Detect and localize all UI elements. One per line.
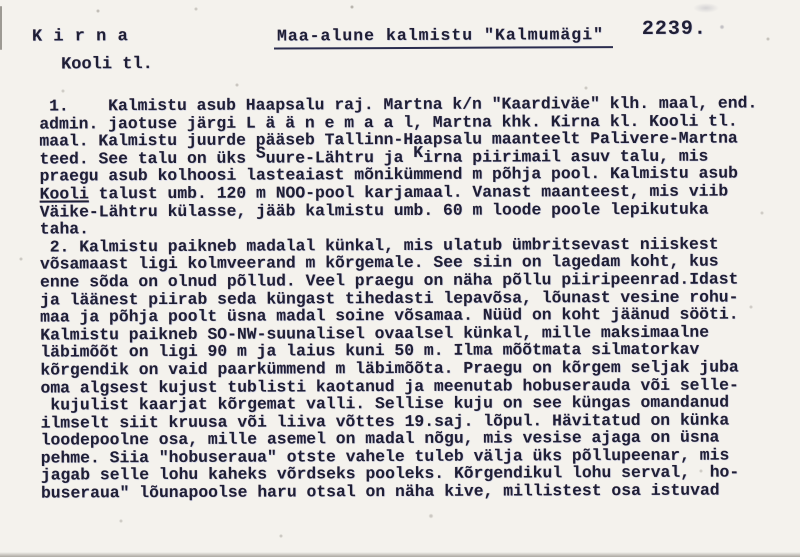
scan-edge-artifact xyxy=(0,6,2,50)
underlined-text: Kooli xyxy=(40,184,89,203)
text-segment: uure-Lähtru ja xyxy=(266,148,414,168)
page-title: Maa-alune kalmistu "Kalmumägi" xyxy=(274,25,613,49)
scanned-card: K i r n a Kooli tl. Maa-alune kalmistu "… xyxy=(0,0,800,557)
place-sublabel: Kooli tl. xyxy=(61,55,153,74)
raised-letter: S xyxy=(256,143,266,162)
scan-smudge xyxy=(693,3,719,13)
text-line: Väike-Lähtru külasse, jääb kalmistu umb.… xyxy=(40,200,758,221)
document-body: 1. Kalmistu asub Haapsalu raj. Martna k/… xyxy=(39,94,759,502)
place-name: K i r n a xyxy=(32,27,128,46)
document-number: 2239. xyxy=(642,18,707,41)
card-content: K i r n a Kooli tl. Maa-alune kalmistu "… xyxy=(0,0,800,557)
text-line: buseraua" lõunapoolse haru otsal on näha… xyxy=(41,481,759,502)
scan-edge-shadow xyxy=(0,552,800,557)
raised-letter: K xyxy=(413,143,423,162)
